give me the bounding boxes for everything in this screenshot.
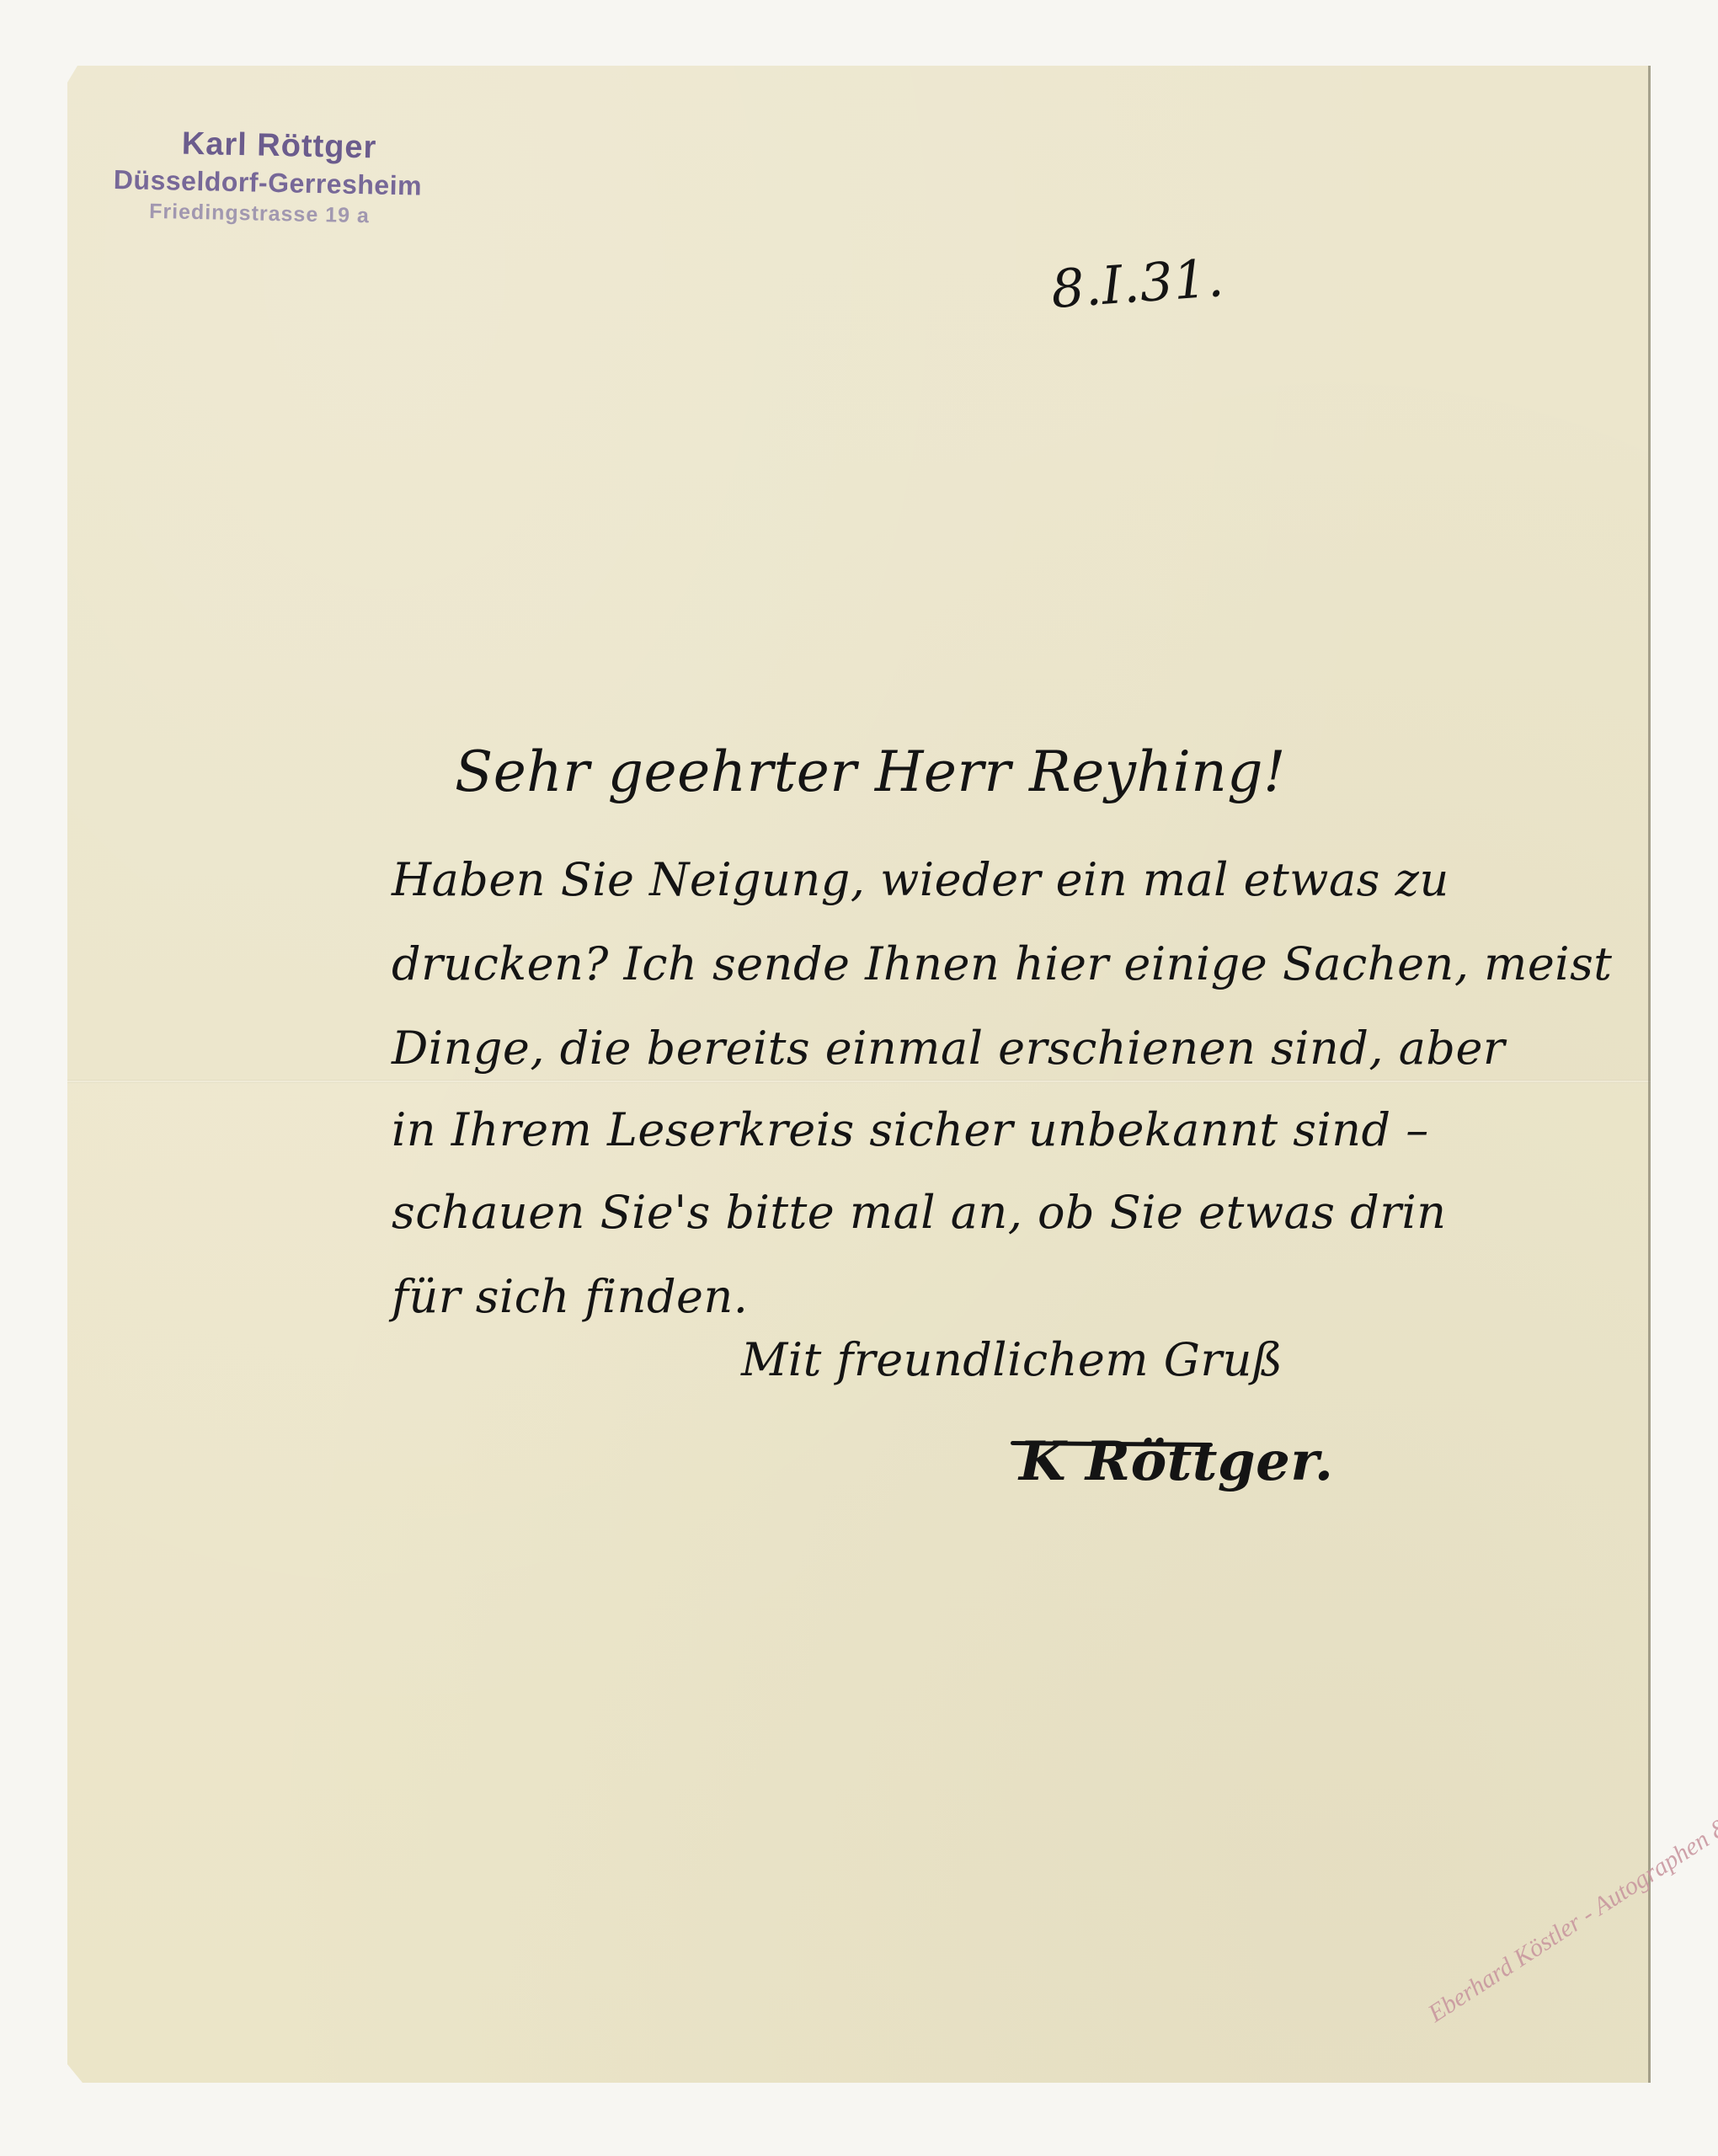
body-line: schauen Sie's bitte mal an, ob Sie etwas… — [392, 1186, 1447, 1239]
paper-edge — [1648, 66, 1651, 2083]
horizontal-fold-line — [67, 1080, 1651, 1083]
stamp-street: Friedingstrasse 19 a — [149, 200, 518, 232]
body-line: für sich finden. — [392, 1270, 748, 1323]
stamp-city: Düsseldorf-Gerresheim — [114, 164, 519, 204]
body-line: drucken? Ich sende Ihnen hier einige Sac… — [392, 937, 1613, 990]
stamp-name: Karl Röttger — [181, 126, 519, 169]
body-line: Haben Sie Neigung, wieder ein mal etwas … — [392, 853, 1449, 906]
salutation: Sehr geehrter Herr Reyhing! — [455, 739, 1286, 804]
body-line: Dinge, die bereits einmal erschienen sin… — [392, 1022, 1505, 1075]
letter-date: 8.I.31. — [1049, 247, 1226, 320]
signature: K Röttger. — [1019, 1430, 1334, 1493]
letter-paper: Karl Röttger Düsseldorf-Gerresheim Fried… — [67, 66, 1651, 2083]
closing: Mit freundlichem Gruß — [741, 1333, 1283, 1386]
letterhead-stamp: Karl Röttger Düsseldorf-Gerresheim Fried… — [113, 125, 519, 232]
body-line: in Ihrem Leserkreis sicher unbekannt sin… — [392, 1103, 1429, 1156]
